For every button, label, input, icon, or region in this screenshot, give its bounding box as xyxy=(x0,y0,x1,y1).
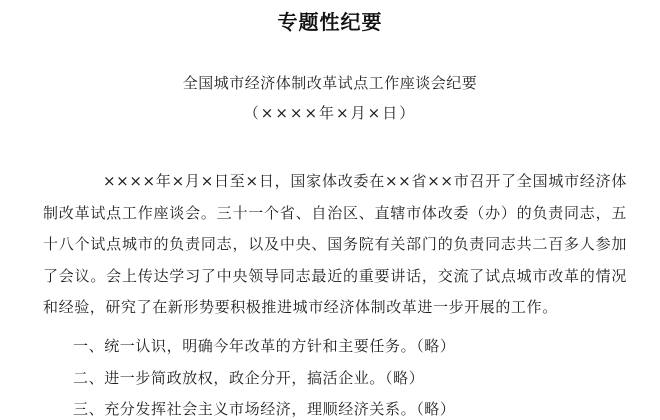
key-points-list: 一、统一认识，明确今年改革的方针和主要任务。（略） 二、进一步简政放权，政企分开… xyxy=(73,331,653,420)
document-subtitle: 全国城市经济体制改革试点工作座谈会纪要 xyxy=(0,72,660,93)
key-point-1: 一、统一认识，明确今年改革的方针和主要任务。（略） xyxy=(73,331,653,363)
key-point-3: 三、充分发挥社会主义市场经济，理顺经济关系。（略） xyxy=(73,394,653,420)
document-page: 专题性纪要 全国城市经济体制改革试点工作座谈会纪要 （××××年×月×日） ××… xyxy=(0,0,660,420)
key-point-2: 二、进一步简政放权，政企分开，搞活企业。（略） xyxy=(73,363,653,395)
body-paragraph: ××××年×月×日至×日，国家体改委在××省××市召开了全国城市经济体制改革试点… xyxy=(43,166,627,324)
document-date: （××××年×月×日） xyxy=(0,102,660,123)
document-title: 专题性纪要 xyxy=(0,6,660,35)
